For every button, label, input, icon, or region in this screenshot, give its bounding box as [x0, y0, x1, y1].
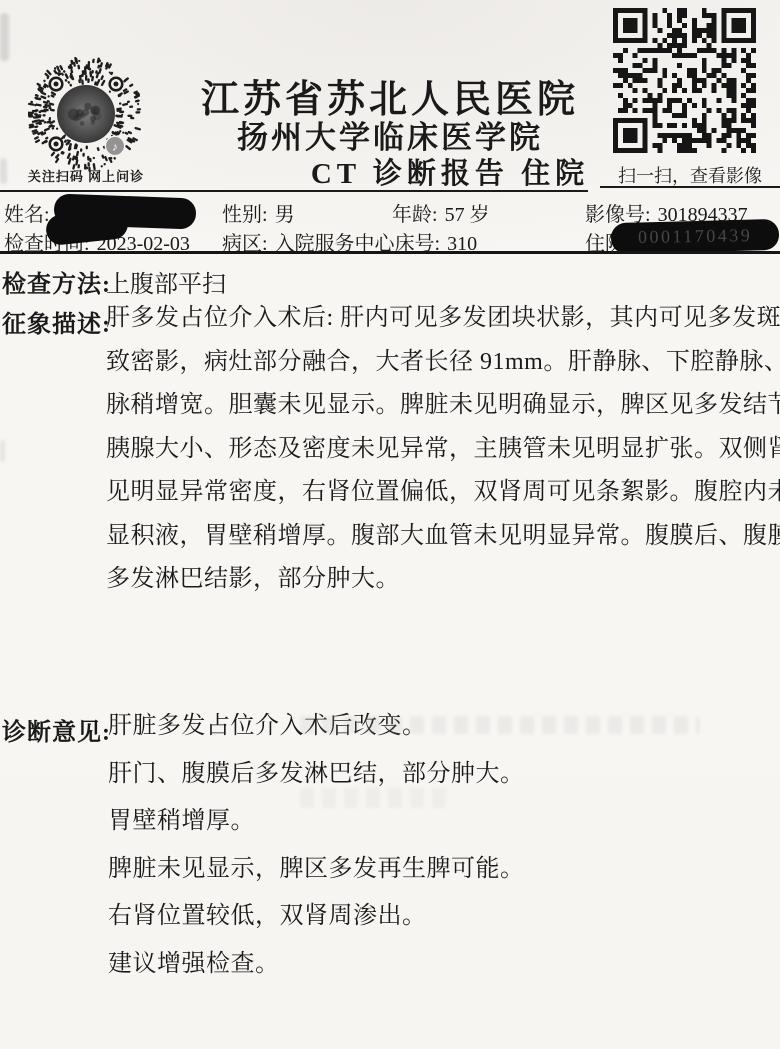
diagnosis-line: 脾脏未见显示，脾区多发再生脾可能。 — [108, 855, 768, 903]
patient-age-label: 年龄: — [392, 204, 438, 226]
findings-label: 征象描述: — [2, 304, 111, 339]
scan-smudge — [0, 440, 5, 462]
findings-paragraph: 肝多发占位介入术后: 肝内可见多发团块状影，其内可见多发斑片状 致密影，病灶部分… — [106, 304, 774, 609]
findings-line: 脉稍增宽。胆囊未见显示。脾脏未见明确显示，脾区见多发结节状影。 — [106, 391, 774, 435]
imaging-qr-pattern — [613, 8, 756, 153]
diagnosis-label: 诊断意见: — [2, 712, 111, 747]
scan-smudge — [0, 158, 7, 184]
patient-age-field: 年龄:57 岁 — [392, 198, 490, 227]
diagnosis-line: 胃壁稍增厚。 — [108, 807, 768, 855]
imaging-qr-code — [613, 8, 756, 153]
findings-line: 胰腺大小、形态及密度未见异常，主胰管未见明显扩张。双侧肾脏未 — [106, 435, 774, 479]
admission-number-value: 0001170439 — [638, 225, 753, 248]
patient-gender-field: 性别:男 — [222, 198, 295, 227]
imaging-qr-caption: 扫一扫，查看影像 — [598, 162, 762, 188]
scan-smudge — [0, 13, 9, 61]
wechat-qr-code: ♪ — [28, 56, 144, 172]
bleed-through-artifact — [300, 716, 700, 734]
info-divider-rule — [0, 251, 780, 254]
patient-name-label: 姓名: — [4, 204, 50, 226]
wechat-qr-caption: 关注扫码 网上问诊 — [10, 166, 162, 185]
bleed-through-artifact — [300, 788, 450, 808]
header-rule-right — [600, 186, 780, 188]
header-rule-left — [0, 190, 588, 192]
method-value: 上腹部平扫 — [106, 264, 226, 299]
report-title: CT 诊断报告 住院 — [240, 151, 660, 192]
findings-line: 致密影，病灶部分融合，大者长径 91mm。肝静脉、下腔静脉、门静 — [106, 348, 774, 392]
patient-gender-label: 性别: — [222, 204, 268, 226]
patient-gender-value: 男 — [275, 204, 295, 226]
findings-line: 显积液，胃壁稍增厚。腹部大血管未见明显异常。腹膜后、腹膜后见 — [106, 522, 774, 566]
report-page: ♪ 关注扫码 网上问诊 江苏省苏北人民医院 扬州大学临床医学院 CT 诊断报告 … — [0, 0, 780, 1049]
svg-text:♪: ♪ — [112, 140, 118, 153]
diagnosis-line: 右肾位置较低，双肾周渗出。 — [108, 902, 768, 950]
admission-number-redaction-marker: 0001170439 — [611, 219, 780, 254]
wechat-qr-pattern: ♪ — [28, 56, 144, 172]
patient-age-value: 57 岁 — [445, 204, 490, 226]
findings-line: 见明显异常密度，右肾位置偏低，双肾周可见条絮影。腹腔内未见明 — [106, 478, 774, 522]
method-label: 检查方法: — [2, 264, 111, 299]
findings-line: 多发淋巴结影，部分肿大。 — [106, 565, 774, 609]
diagnosis-line: 建议增强检查。 — [108, 950, 768, 998]
findings-line: 肝多发占位介入术后: 肝内可见多发团块状影，其内可见多发斑片状 — [106, 304, 774, 348]
diagnosis-list: 肝脏多发占位介入术后改变。 肝门、腹膜后多发淋巴结，部分肿大。 胃壁稍增厚。 脾… — [108, 712, 768, 997]
